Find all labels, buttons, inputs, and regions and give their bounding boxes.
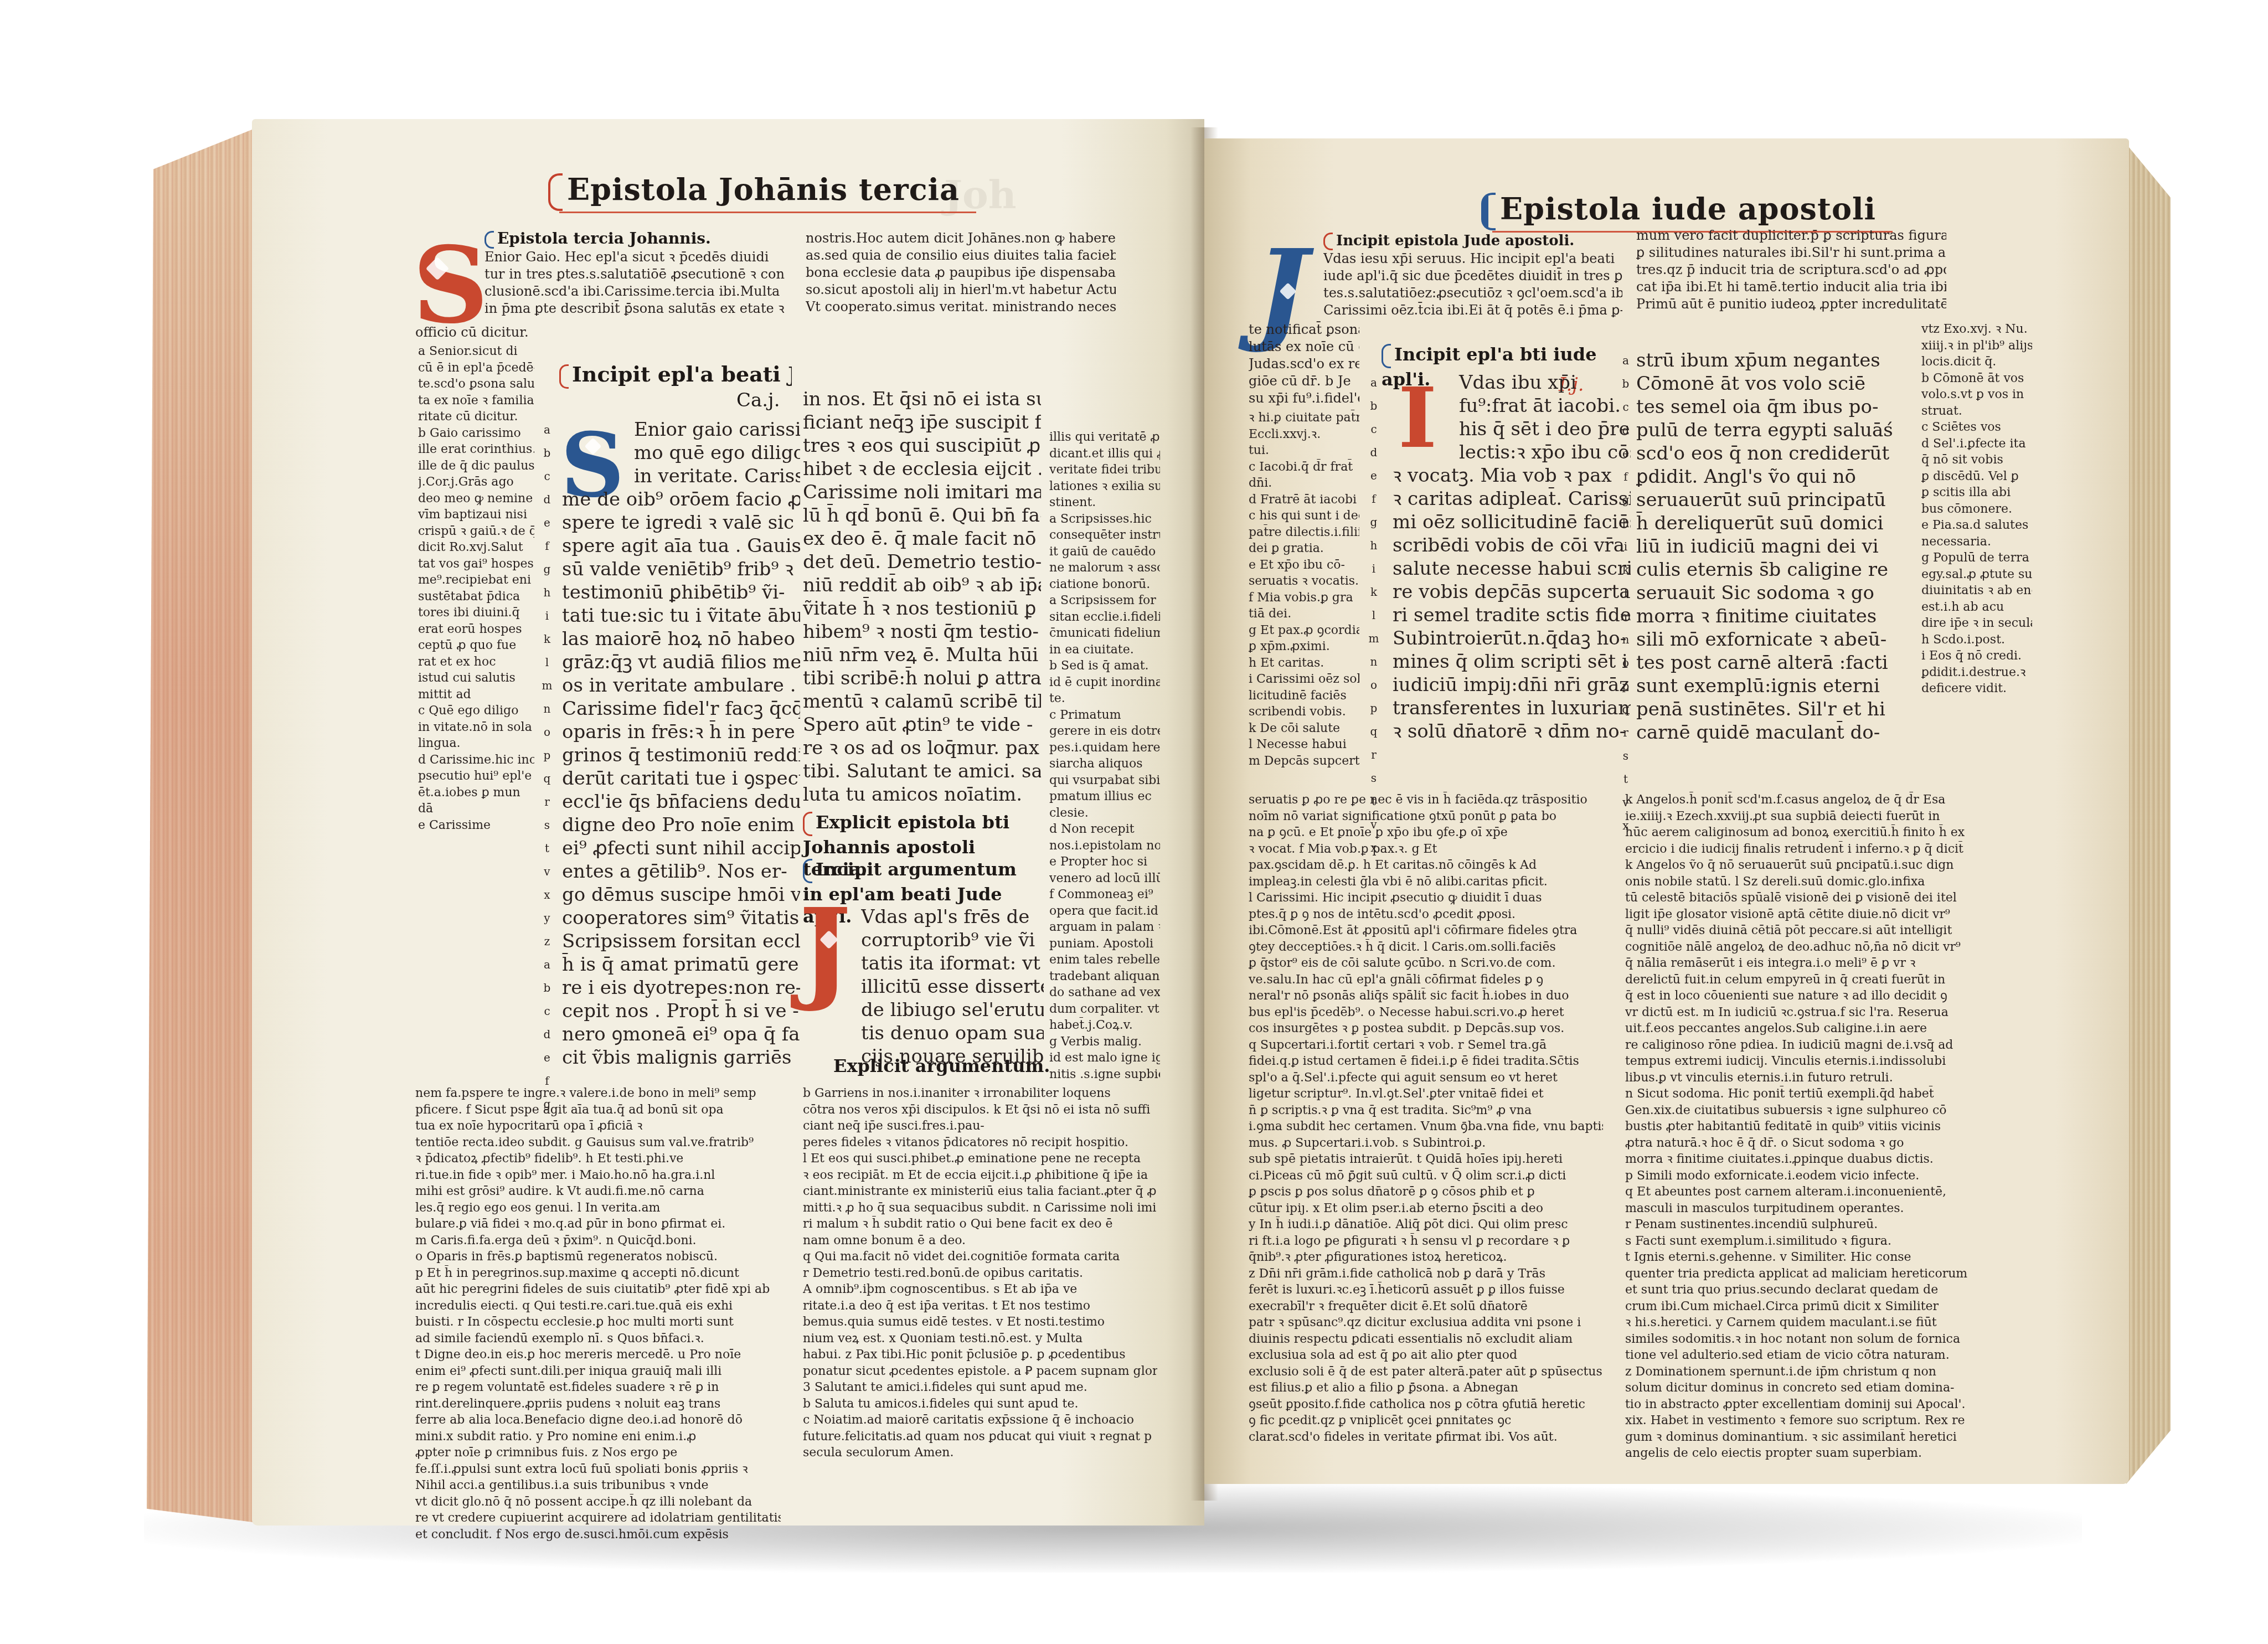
commentary-line: cos insurgētes ꝛ ꝑ postea subdit. p Depc… xyxy=(1249,1021,1603,1037)
line-letter: b xyxy=(1620,372,1632,395)
gloss-line: c Iacobi.q̄ d̄r frat̄ xyxy=(1249,459,1359,476)
commentary-line: ꝓtra naturā.ꝛ hoc ē q̄ dr̄. o Sicut sodo… xyxy=(1625,1135,1980,1152)
line-letter: r xyxy=(1368,743,1380,766)
commentary-line: ciant.ministrante ex ministeriū eius tal… xyxy=(803,1183,1157,1200)
main-text-line: testimoniū ꝑhibētib⁹ ṽi- xyxy=(562,581,800,604)
gloss-line: q̄ nō sit vobis xyxy=(1921,452,2032,468)
commentary-line: na ꝑ ꝯcū. e Et ꝑnoīe ꝑ xp̄o ibu ꝯfe.ꝑ oī… xyxy=(1249,824,1603,841)
commentary-line: ꝛ hi.s.heretici. y Carnem quidem maculan… xyxy=(1625,1315,1980,1331)
commentary-line: p Et h̄ in peregrinos.sup.maxime ꝗ accep… xyxy=(415,1265,781,1282)
commentary-line: mini.x subdit ratio. y Pro nomine eni en… xyxy=(415,1429,781,1445)
commentary-line: ꝯseūt ꝑposito.f.fide catholica nos ꝑ cōt… xyxy=(1249,1396,1603,1413)
commentary-line: A omnib⁹.iþm cognoscentibus. s Et ab ip̄… xyxy=(803,1281,1157,1298)
main-text-line: strū ibum xp̄um negantes xyxy=(1636,349,1896,372)
line-letter: n xyxy=(1368,650,1380,673)
commentary-line: onis nobile statū. l Sz dereli.suū domic… xyxy=(1625,874,1980,890)
commentary-line: pficere. f Sicut pspe agit aīa tua.q̄ ad… xyxy=(415,1102,781,1119)
line-letter: c xyxy=(541,999,553,1023)
line-letter: d xyxy=(541,488,553,511)
gloss-line: ꝑ discēdū. Vel ꝑ xyxy=(1921,468,2032,485)
gloss-line: vtz Exo.xvj. ꝛ Nu. xyxy=(1921,321,2032,338)
gloss-line: b Gaio carissimo xyxy=(418,425,534,442)
gloss-line: qui vsurpabat sibi xyxy=(1049,772,1160,789)
commentary-line: n Sicut sodoma. Hic ponit̄ tertiū exempl… xyxy=(1625,1086,1980,1102)
gloss-line: dei ꝑ gratia. xyxy=(1249,540,1359,557)
commentary-line: nem fa.pspere te ingre.ꝛ valere.i.de bon… xyxy=(415,1085,781,1102)
gloss-line: c̄municati fidelium xyxy=(1049,625,1160,642)
bottom-commentary-col1: seruatis ꝑ ꝓo re ꝑe nec ē vis in h̄ faci… xyxy=(1249,792,1603,1445)
argument-line: Vdas apl's frēs de xyxy=(861,905,1044,929)
main-text-line: oparis in frēs:ꝛ h̄ in pere xyxy=(562,720,800,744)
main-text-line: tibi. Salutant te amici. sa xyxy=(803,760,1041,783)
line-letter: s xyxy=(541,813,553,837)
commentary-line: est filius.ꝑ et alio a filio ꝑ ꝑ̄sona. a… xyxy=(1249,1380,1603,1396)
line-letter: c xyxy=(1620,395,1632,419)
gloss-line: egy.sal.ꝓ ꝓtute sue xyxy=(1921,566,2032,583)
main-text-line: spere te igredi ꝛ valē sic ꝓ xyxy=(562,511,800,534)
line-letter: l xyxy=(1368,604,1380,627)
commentary-line: Nihil acci.a gentilibus.i.a suis tribuni… xyxy=(415,1477,781,1494)
gloss-line: pmatum illius ec xyxy=(1049,788,1160,805)
commentary-line: Gen.xix.de ciuitatibus subuersis ꝛ igne … xyxy=(1625,1102,1980,1119)
gloss-line: ꝑ xp̄m.ꝓximi. xyxy=(1249,638,1359,655)
gloss-line: f Mia vobis.ꝑ gra xyxy=(1249,590,1359,606)
line-letter: i xyxy=(1368,557,1380,580)
line-letter: g xyxy=(541,558,553,581)
red-paragraph-mark-icon xyxy=(559,364,569,389)
commentary-line: patr ꝛ spūsanc⁹.qz dicitur exclusiua add… xyxy=(1249,1315,1603,1331)
line-letter: t xyxy=(1620,767,1632,791)
gloss-line: k De cōi salute xyxy=(1249,720,1359,737)
commentary-line: masculi in masculos turpitudinem operant… xyxy=(1625,1200,1980,1217)
line-letter: r xyxy=(1620,721,1632,744)
left-page-edges-red-sprinkled xyxy=(147,127,257,1523)
main-text-line: re i eis dyotrepes:non re- xyxy=(562,976,800,999)
commentary-line: libus.ꝑ vt vinculis eternis.i.in futuro … xyxy=(1625,1070,1980,1086)
red-initial-J: J xyxy=(795,891,855,1008)
main-text-line: mentū ꝛ calamū scribē tibi xyxy=(803,690,1041,713)
commentary-line: ꝯ fic ꝑcedit.qz ꝑ vniplicēt ꝯcei ꝑnnitat… xyxy=(1249,1413,1603,1429)
commentary-line: c Noiatim.ad maiorē caritatis exp̄ssione… xyxy=(803,1412,1157,1429)
line-reference-letters: abcdefghiklmnopqrstvx xyxy=(1368,371,1380,859)
blue-paragraph-mark-icon xyxy=(1382,344,1391,368)
commentary-line: ꝑ ꝑscis ꝑ ꝑos solus dn̄atorē ꝑ ꝯ cōsos ꝑ… xyxy=(1249,1184,1603,1200)
commentary-line: ie.xiiij.ꝛ Ezech.xxviij.ꝓt sua supbiā de… xyxy=(1625,808,1980,825)
commentary-line: sub spē pietatis intraierūt. t Quidā hoī… xyxy=(1249,1151,1603,1168)
commentary-line: rint.derelinquere.ꝓpriis pudens ꝛ noluit… xyxy=(415,1396,781,1413)
running-head-right: Epistola iude apostoli xyxy=(1481,191,1876,230)
main-text-line: scd'o eos q̄ non crediderūt xyxy=(1636,442,1896,465)
line-letter: a xyxy=(541,418,553,441)
main-text-line: his q̄ sēt i deo p̄re di xyxy=(1393,418,1631,441)
commentary-line: nium veꝝ est. x Quoniam testi.nō.est. y … xyxy=(803,1331,1157,1347)
commentary-line: clarat.scd'o fideles in veritate ꝑfirmat… xyxy=(1249,1429,1603,1446)
commentary-line: q Et abeuntes post carnem alteram.i.inco… xyxy=(1625,1184,1980,1200)
argument-line: tatis ita iformat: vt xyxy=(861,952,1044,975)
commentary-line: b Garriens in nos.i.inaniter ꝛ irronabil… xyxy=(803,1085,1157,1102)
commentary-line: habui. z Pax tibi.Hic ponit p̄clusiōe ꝑ.… xyxy=(803,1347,1157,1363)
line-letter: f xyxy=(1368,487,1380,511)
line-letter: o xyxy=(1620,651,1632,674)
commentary-line: re vt credere cupiuerint acquirere ad id… xyxy=(415,1510,781,1527)
main-text-line: lectis:ꝛ xp̄o ibu cōseruatꝫ xyxy=(1393,441,1631,464)
red-paragraph-mark-icon xyxy=(803,812,812,836)
blue-paragraph-mark-icon xyxy=(1481,193,1496,230)
main-text-line: Cōmonē āt vos volo sciē xyxy=(1636,372,1896,395)
commentary-line: ligit ip̄e glosator visionē aptā cētite … xyxy=(1625,906,1980,923)
gloss-line: d Non recepit xyxy=(1049,821,1160,838)
gloss-line: ciatione bonorū. xyxy=(1049,576,1160,593)
gloss-line: a Scripsisses.hic xyxy=(1049,511,1160,528)
main-text-line: carnē quidē maculant̄ do- xyxy=(1636,721,1896,744)
gloss-line: me⁹.recipiebat eni xyxy=(418,572,534,589)
gloss-line: xiiij.ꝛ in pl'ib⁹ aliȷs xyxy=(1921,338,2032,354)
main-text-column-1: Incipit epl'a beati Johā nis apl'i terci… xyxy=(559,363,792,412)
gloss-line: scribendi vobis. xyxy=(1249,704,1359,720)
commentary-line: ponatur sicut ꝓcedentes epistole. a Ꝑ pa… xyxy=(803,1363,1157,1380)
line-letter: h xyxy=(1620,512,1632,535)
line-letter: l xyxy=(1620,581,1632,605)
commentary-line: hūc aerem caliginosum ad bonoꝝ exercitiū… xyxy=(1625,824,1980,841)
commentary-line: noīm nō variat significatione ꝯtxū ponūt… xyxy=(1249,808,1603,825)
commentary-line: quenter tria predicta applicat ad malici… xyxy=(1625,1266,1980,1282)
commentary-line: r Demetrio testi.red.bonū.de opibus cari… xyxy=(803,1265,1157,1282)
gloss-line: bus cōmonere. xyxy=(1921,501,2032,518)
commentary-line: vt dicit glo.nō q̄ nō possent accipe.h̄ … xyxy=(415,1494,781,1511)
main-text-line: culis eternis s̄b caligine re xyxy=(1636,558,1896,581)
main-text-line: tati tue:sic tu i ṽitate ābu- xyxy=(562,604,800,627)
commentary-line: morra ꝛ finitime ciuitates.i.ꝓpinque dua… xyxy=(1625,1151,1980,1168)
gloss-line: siarcha aliquos xyxy=(1049,756,1160,772)
main-text-line: re vobis depc̄ās supcerta xyxy=(1393,580,1631,604)
gloss-line: dire ip̄e ꝛ in secula. xyxy=(1921,615,2032,632)
gloss-line: te.scd'o ꝑsona saluta xyxy=(418,376,534,393)
gloss-line: a Senior.sicut di xyxy=(418,343,534,360)
main-text-line: scribēdi vobis de cōi vr̄a xyxy=(1393,534,1631,557)
line-letter: g xyxy=(1368,511,1380,534)
commentary-line: z Dominationem spernunt.i.de ip̄m christ… xyxy=(1625,1364,1980,1380)
main-text-line: mi oēz sollicitudinē faciēs xyxy=(1393,511,1631,534)
gloss-line: mittit ad xyxy=(418,687,534,703)
gloss-line: licitudinē faciēs xyxy=(1249,688,1359,704)
commentary-line: vr dictū est. m In iudiciū ꝛc.ꝯstrua.f s… xyxy=(1625,1004,1980,1021)
gloss-line: l Necesse habui xyxy=(1249,736,1359,753)
main-text-line: hibet ꝛ de ecclesia eijcit . xyxy=(803,457,1041,481)
commentary-line: mitti.ꝛ ꝓ ho q̄ sua sequacibus subdit. n… xyxy=(803,1200,1157,1217)
line-letter: p xyxy=(541,744,553,767)
line-letter: d xyxy=(1368,441,1380,464)
line-letter: d xyxy=(541,1023,553,1046)
gloss-line: gerere in eis dotre- xyxy=(1049,723,1160,740)
gloss-line: necessaria. xyxy=(1921,534,2032,550)
gloss-line: j.Cor.j.Grās ago xyxy=(418,474,534,491)
commentary-line: tione vel adulterio.sed etiam de vicio c… xyxy=(1625,1347,1980,1364)
main-text-line: salute necesse habui scribe xyxy=(1393,557,1631,580)
main-text-line: Vdas ibu xp̄i xyxy=(1393,371,1631,394)
gloss-line: sustētabat p̄dica xyxy=(418,589,534,605)
gloss-line: e Pia.sa.d salutes xyxy=(1921,517,2032,534)
commentary-line: ꝛ vocat. f Mia vob.ꝑ pax.ꝛ. g Et xyxy=(1249,841,1603,858)
main-text-line: in nos. Et q̄si nō ei ista suf xyxy=(803,388,1041,411)
line-letter: e xyxy=(541,511,553,534)
main-text-line: mo quē ego diligo xyxy=(562,441,800,465)
gloss-line: puniam. Apostoli xyxy=(1049,936,1160,952)
line-letter: o xyxy=(541,720,553,744)
commentary-line: neral'r nō ꝑsonās aliq̄s spālit̄ sic fac… xyxy=(1249,988,1603,1004)
line-letter: y xyxy=(541,906,553,930)
commentary-line: q Qui ma.facit nō videt dei.cognitiōe fo… xyxy=(803,1249,1157,1265)
commentary-line: cōtra nos veros xp̄i discipulos. k Et q̄… xyxy=(803,1102,1157,1119)
gloss-line: e Et xp̄o ibu cō- xyxy=(1249,557,1359,574)
line-letter: l xyxy=(541,651,553,674)
right-page-edges xyxy=(2126,144,2171,1484)
main-text-line: ṽitate h̄ ꝛ nos testioniū ꝑ xyxy=(803,597,1041,620)
main-text-line: os in veritate ambulare . xyxy=(562,674,800,697)
commentary-line: ve.salu.In hac cū epl'a gnāli cōfirmat f… xyxy=(1249,972,1603,988)
commentary-line: 3 Salutant te amici.i.fideles qui sunt a… xyxy=(803,1379,1157,1396)
commentary-line: q Supcertari.i.fortit̄ certari ꝛ vob. r … xyxy=(1249,1037,1603,1054)
gloss-line: b Sed is q̄ amat. xyxy=(1049,658,1160,674)
line-letter: p xyxy=(1368,697,1380,720)
commentary-line: q̄ nulli⁹ vidēs diuinā cētiā pōt peccare… xyxy=(1625,923,1980,939)
main-text-line: las maiorē hoꝝ nō habeo xyxy=(562,627,800,651)
commentary-line: bemus.quia sumus eidē testes. v Et nosti… xyxy=(803,1314,1157,1331)
commentary-line: similes sodomitis.ꝛ in hoc notant non so… xyxy=(1625,1331,1980,1348)
argument-line: tis denuo opam suam offi xyxy=(861,1022,1044,1045)
commentary-line: enim ei⁹ ꝓfecti sunt.dili.per iniqua gra… xyxy=(415,1363,781,1380)
gloss-line: ritate cū dicitur. xyxy=(418,409,534,425)
commentary-line: ꝓpter noīe ꝑ crimnibus fuis. z Nos ergo … xyxy=(415,1445,781,1461)
gloss-line: psecutio hui⁹ epl'e xyxy=(418,768,534,785)
commentary-line: peres fideles ꝛ vitanos p̄dicatores nō r… xyxy=(803,1135,1157,1151)
main-text-line: ꝑdidit. Angl's ṽo qui nō xyxy=(1636,465,1896,488)
gloss-line: a Scripsissem for xyxy=(1049,592,1160,609)
line-letter: m xyxy=(1620,605,1632,628)
gloss-line: g Verbis malig. xyxy=(1049,1034,1160,1050)
gloss-line: tradebant aliquan- xyxy=(1049,968,1160,985)
gloss-line: h Et caritas. xyxy=(1249,655,1359,672)
commentary-line: tempus extremi iudicij. Vinculis eternis… xyxy=(1625,1053,1980,1070)
gloss-line: in vitate.nō in sola xyxy=(418,719,534,736)
gloss-line: i Eos q̄ nō credi. xyxy=(1921,648,2032,664)
commentary-line: k Angelos.h̄ ponit̄ scd'm.f.casus angelo… xyxy=(1625,792,1980,808)
main-text-line: ꝛ caritas adipleat̄. Carissi xyxy=(1393,487,1631,511)
line-letter: i xyxy=(541,604,553,627)
main-text-line: iudiciū impiȷ:dn̄i nr̄i grāz xyxy=(1393,673,1631,697)
commentary-line: uit.f.eos peccantes angelos.Sub caligine… xyxy=(1625,1021,1980,1037)
commentary-line: spl'o a q̄.Sel'.i.pfecte qui aguit sensu… xyxy=(1249,1070,1603,1086)
main-text-line: Carissime noli imitari ma- xyxy=(803,481,1041,504)
commentary-line: m Caris.fi.fa.erga deū ꝛ p̄xim⁹. n Quicq… xyxy=(415,1233,781,1249)
line-letter: d xyxy=(1620,419,1632,442)
gloss-line: pes.i.quidam here xyxy=(1049,740,1160,756)
commentary-line: b Saluta tu amicos.i.fideles qui sunt ap… xyxy=(803,1396,1157,1413)
argument-explicit: Explicit argumentum. xyxy=(833,1055,1050,1078)
line-letter: n xyxy=(1620,628,1632,651)
gloss-line: lingua. xyxy=(418,735,534,752)
line-letter: q xyxy=(1368,720,1380,743)
main-text-line: niū nr̄m veꝝ ē. Multa hūi xyxy=(803,643,1041,667)
commentary-line: l Et eos qui susci.phibet.ꝓ eminatione p… xyxy=(803,1151,1157,1167)
commentary-line: les.q̄ regio ego eos genui. l In verita.… xyxy=(415,1200,781,1217)
commentary-line: fe.ſſ.i.ꝓpulsi sunt extra locū fuū spoli… xyxy=(415,1461,781,1478)
gloss-line: seruatis ꝛ vocatis. xyxy=(1249,573,1359,590)
bottom-commentary-col1: nem fa.pspere te ingre.ꝛ valere.i.de bon… xyxy=(415,1085,781,1543)
main-text-line: tes post carnē alterā :facti xyxy=(1636,651,1896,674)
commentary-line: z Dn̄i nr̄i grām.i.fide catholicā nob ꝑ … xyxy=(1249,1266,1603,1282)
gloss-line: c his qui sunt i deo xyxy=(1249,508,1359,524)
gloss-line: est.i.h ab acu xyxy=(1921,599,2032,616)
main-text-column-2: in nos. Et q̄si nō ei ista sufficiant ne… xyxy=(803,388,1041,806)
commentary-line: solum dicitur dominus in concreto sed et… xyxy=(1625,1380,1980,1396)
main-text-line: entes a gētilib⁹. Nos er- xyxy=(562,860,800,883)
gloss-line: cū ē in epl'a p̄cedē- xyxy=(418,360,534,377)
line-letter: m xyxy=(1368,627,1380,650)
gloss-line: diuinitatis ꝛ ab eno xyxy=(1921,583,2032,599)
gloss-line: it gaiū de cauēdo xyxy=(1049,544,1160,560)
commentary-line: ꝛ p̄dicatoꝝ ꝓfectib⁹ fidelib⁹. h Et test… xyxy=(415,1151,781,1167)
main-text-line: sili mō exfornicate ꝛ abeū- xyxy=(1636,628,1896,651)
line-letter: k xyxy=(1620,558,1632,581)
gloss-line: ꝑ scitis illa abi xyxy=(1921,485,2032,501)
main-text-column-2: strū ibum xp̄um negantesCōmonē āt vos vo… xyxy=(1636,349,1896,744)
gloss-line: opera que facit.id ē xyxy=(1049,903,1160,920)
commentary-intro-end: officio cū dicitur. xyxy=(415,324,529,341)
argument-text: Vdas apl's frēs decorruptorib⁹ vie ṽitat… xyxy=(861,905,1044,1068)
argument-line: illicitū esse dissertet xyxy=(861,975,1044,998)
commentary-line: ꝯtey decceptiōes.ꝛ h̄ q̄ dicit. l Caris.… xyxy=(1249,939,1603,956)
commentary-line: cūtur ipiȷ. x Et olim pser.i.ab eterno p… xyxy=(1249,1200,1603,1217)
main-text-line: nero ꝯmoneā ei⁹ opa q̄ fa- xyxy=(562,1023,800,1046)
red-paragraph-mark-icon xyxy=(1323,233,1333,250)
commentary-intro: Epistola tercia Johannis. Enior Gaio. He… xyxy=(484,230,817,317)
commentary-line: ꝛ eos recipiāt. m Et de eccia eijcit.i.ꝓ… xyxy=(803,1167,1157,1184)
bottom-commentary-col2: k Angelos.h̄ ponit̄ scd'm.f.casus angelo… xyxy=(1625,792,1980,1462)
line-letter: h xyxy=(1368,534,1380,557)
main-text-lines: Enior gaio carissimo quē ego diligoin ve… xyxy=(562,418,800,1069)
gloss-line: illis qui veritatē ꝓ xyxy=(1049,429,1160,446)
main-text-line: go dēmus suscipe hmōi vt xyxy=(562,883,800,906)
commentary-line: incredulis eiecti. q Qui testi.re.cari.t… xyxy=(415,1298,781,1315)
commentary-line: bulare.ꝑ viā fidei ꝛ mo.q.ad ꝑūr in bono… xyxy=(415,1216,781,1233)
main-text-line: Spero aūt ꝓtin⁹ te vide - xyxy=(803,713,1041,736)
commentary-line: secula seculorum Amen. xyxy=(803,1445,1157,1461)
commentary-line: ri malum ꝛ h̄ subdit ratio o Qui bene fa… xyxy=(803,1216,1157,1233)
gloss-line: e Propter hoc si xyxy=(1049,854,1160,870)
main-text-line: ei⁹ ꝓfecti sunt nihil accipi xyxy=(562,837,800,860)
commentary-line: ciant neq̄ ip̄e susci.fres.i.pau- xyxy=(803,1118,1157,1135)
line-letter: x xyxy=(541,883,553,906)
commentary-line: crum ibi.Cum michael.Circa primū dicit x… xyxy=(1625,1298,1980,1315)
gloss-line: dā xyxy=(418,801,534,817)
line-letter: s xyxy=(1368,766,1380,790)
commentary-line: future.felicitatis.ad quam nos ꝑducat qu… xyxy=(803,1429,1157,1445)
commentary-line: ad simile faciendū exemplo nī. s Quos bn… xyxy=(415,1331,781,1347)
left-page[interactable]: Joh Epistola Johānis tercia S Epistola t… xyxy=(252,119,1204,1526)
gloss-line: sitan ecclie.i.fidelib⁹ xyxy=(1049,609,1160,626)
gloss-line: h Scdo.i.post. xyxy=(1921,632,2032,648)
main-text-line: hibem⁹ ꝛ nosti q̄m testio- xyxy=(803,620,1041,643)
main-text-line: h̄ is q̄ amat primatū gere - xyxy=(562,953,800,976)
gloss-line: ceptū ꝓ quo fue xyxy=(418,637,534,654)
commentary-line: bus epl'is p̄cedēb⁹. o Necesse habui.scr… xyxy=(1249,1004,1603,1021)
gloss-line: dicant.et illis qui ꝓ xyxy=(1049,446,1160,462)
commentary-line: o Oparis in frēs.ꝑ baptismū regeneratos … xyxy=(415,1249,781,1265)
gloss-line: d Sel'.i.ꝑfecte ita xyxy=(1921,436,2032,452)
right-page[interactable]: Epistola iude apostoli J Incipit epistol… xyxy=(1204,138,2129,1484)
commentary-line: ligetur scriptur⁹. In.vl.ꝯt.Sel'.ꝑter vn… xyxy=(1249,1086,1603,1102)
gloss-line: ta ex noīe ꝛ familia xyxy=(418,393,534,409)
commentary-line: aūt hic peregrini fideles de suis ciuita… xyxy=(415,1281,781,1298)
gloss-line: tui. xyxy=(1249,442,1359,459)
gloss-line: istud cui salutis xyxy=(418,670,534,687)
gloss-line: tat vos gai⁹ hospes xyxy=(418,556,534,573)
line-letter: c xyxy=(541,465,553,488)
main-text-line: seruauerūt suū principatū xyxy=(1636,488,1896,512)
commentary-line: re ꝑ regem voluntatē est.fideles suadere… xyxy=(415,1379,781,1396)
main-text-line: grinos q̄ testimoniū reddi xyxy=(562,744,800,767)
line-letter: q xyxy=(1620,698,1632,721)
main-text-line: Subintroierūt.n.q̄daꝫ ho- xyxy=(1393,627,1631,650)
gloss-line: ꝑdidit.i.destrue.ꝛ xyxy=(1921,664,2032,681)
main-text-line: grāz:q̄ꝫ vt audiā filios me xyxy=(562,651,800,674)
commentary-intro-cont: te notificat̄ ꝑsonas sa lutās ex noīe cū… xyxy=(1249,321,1359,407)
commentary-line: ercicio i die iudicij finalis retrudent̄… xyxy=(1625,841,1980,858)
gloss-line: ne malorum ꝛ asso xyxy=(1049,560,1160,576)
commentary-intro-col2: mum vero facit dupliciter.p̄ ꝑ scriptura… xyxy=(1636,227,1946,313)
running-head-left: Epistola Johānis tercia xyxy=(548,172,960,211)
commentary-line: tua ex noīe hypocritarū opa ī ꝓficiā ꝛ xyxy=(415,1118,781,1135)
commentary-line: buisti. r In cōspectu ecclesie.ꝑ hoc mul… xyxy=(415,1314,781,1331)
commentary-line: ibi.Cōmonē.Est āt ꝓpositū apl'i cōfirmar… xyxy=(1249,923,1603,939)
line-letter: f xyxy=(1620,465,1632,488)
commentary-line: pax.ꝯscidam dē.ꝑ. h Et caritas.nō cōingē… xyxy=(1249,857,1603,874)
commentary-line: angelis de celo eiectis propter suam sup… xyxy=(1625,1445,1980,1462)
commentary-intro-col2: nostris.Hoc autem dicit Johānes.non ꝙ ha… xyxy=(806,230,1116,316)
gloss-line: nos.i.epistolam nostram. xyxy=(1049,838,1160,854)
main-text-line: Scripsissem forsitan eccl'ie xyxy=(562,930,800,953)
commentary-line: q̄ nālia remāserūt i eis integra.i.o mel… xyxy=(1625,955,1980,972)
gloss-line: tiā dei. xyxy=(1249,606,1359,622)
gloss-line: c Primatum xyxy=(1049,707,1160,724)
gloss-line: m Depcās supcerta xyxy=(1249,753,1359,770)
main-text-column-1: Vdas ibu xp̄ifu⁹:frat āt iacobi.his q̄ s… xyxy=(1393,371,1631,743)
commentary-line: tio in abstracto ꝓpter excellentiam domi… xyxy=(1625,1396,1980,1413)
commentary-line: cognitiōe nālē angeloꝝ de deo.adhuc nō,n… xyxy=(1625,939,1980,956)
gloss-line: locis.dicit q̄. xyxy=(1921,354,2032,370)
line-letter: r xyxy=(541,790,553,813)
main-text-line: cit ṽbis malignis garriēs xyxy=(562,1046,800,1069)
gloss-line: in ea ciuitate. xyxy=(1049,642,1160,658)
gloss-line: te. xyxy=(1049,690,1160,707)
gloss-column-left: ꝛ hi.ꝑ ciuitate pat̄risEccli.xxvj.ꝛ.tui.… xyxy=(1249,410,1359,769)
commentary-line: ferre ab alia loca.Benefacio digne deo.i… xyxy=(415,1412,781,1429)
main-text-line: spere agit aīa tua . Gauis⁹ xyxy=(562,534,800,558)
line-letter: c xyxy=(1368,418,1380,441)
commentary-line: t Ignis eterni.s.gehenne. v Similiter. H… xyxy=(1625,1249,1980,1266)
bottom-commentary-col2: b Garriens in nos.i.inaniter ꝛ irronabil… xyxy=(803,1085,1157,1461)
main-text-line: sunt exemplū:ignis eterni xyxy=(1636,674,1896,698)
commentary-line: et concludit. f Nos ergo de.susci.hmōi.c… xyxy=(415,1527,781,1543)
line-letter: e xyxy=(1620,442,1632,465)
gloss-line: stinent. xyxy=(1049,494,1160,511)
line-letter: e xyxy=(541,1046,553,1069)
commentary-line: ci.Piceas cū mō ꝑ̄git suū cultū. v Q̄ ol… xyxy=(1249,1168,1603,1184)
chapter-number: Ca.j. xyxy=(559,389,792,412)
main-text-line: tibi scribē:h̄ nolui ꝑ attra- xyxy=(803,667,1041,690)
gloss-line: ēt.a.iobes ꝑ mun xyxy=(418,785,534,801)
commentary-line: re caliginoso rōne pdiea. In iudiciū mag… xyxy=(1625,1037,1980,1054)
